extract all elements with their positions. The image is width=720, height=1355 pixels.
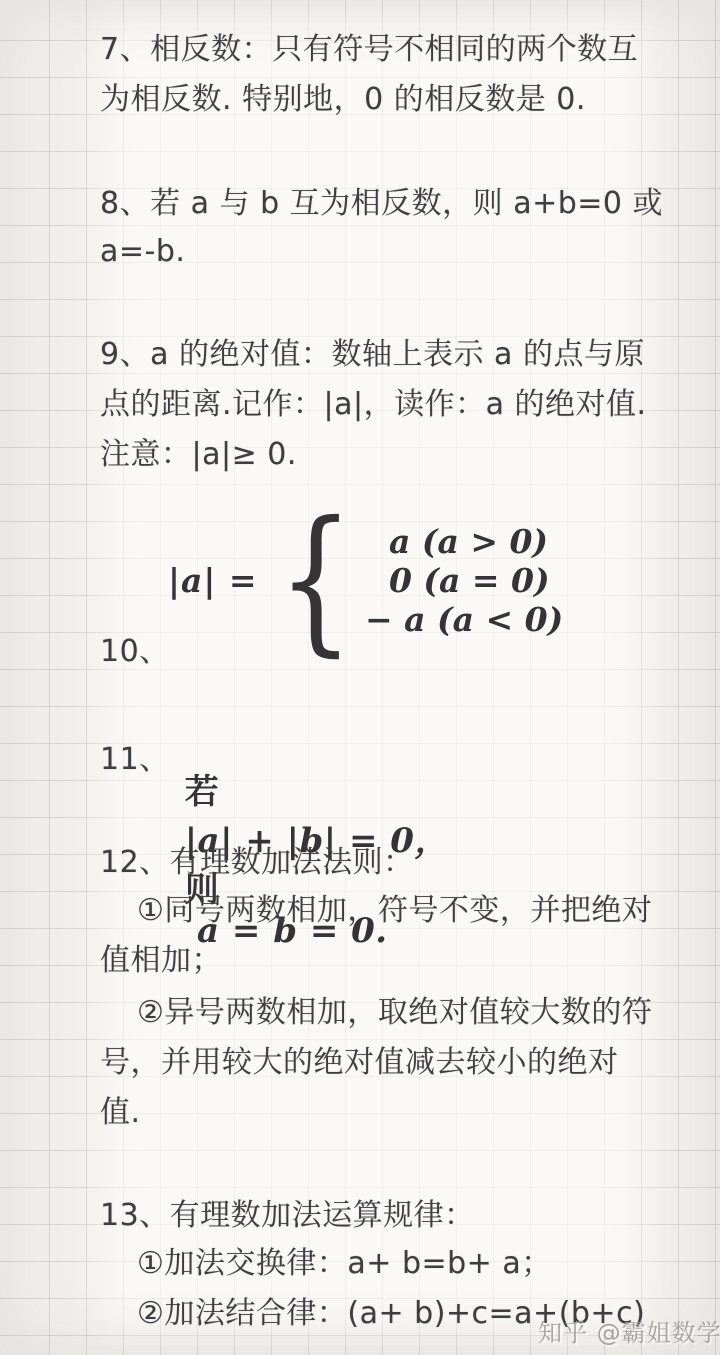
note-8-line-1: 8、若 a 与 b 互为相反数，则 a+b=0 或 bbox=[100, 184, 663, 224]
note-12-line-6: 值. bbox=[100, 1093, 141, 1133]
case-positive: a (a > 0) bbox=[365, 522, 563, 561]
note-13-line-2: ①加法交换律：a+ b=b+ a； bbox=[137, 1244, 552, 1284]
math-notes-page: { "page": { "paper_color": "#f1efeb", "g… bbox=[0, 0, 720, 1355]
absolute-value-piecewise-formula: |a| = { a (a > 0) 0 (a = 0) − a (a < 0) bbox=[168, 520, 563, 640]
curly-brace: { bbox=[277, 517, 353, 643]
note-12-line-1: 12、有理数加法法则： bbox=[100, 843, 414, 883]
note-9-line-2: 点的距离.记作：|a|，读作：a 的绝对值. bbox=[100, 385, 647, 425]
note-12-line-5: 号，并用较大的绝对值减去较小的绝对 bbox=[100, 1043, 619, 1083]
note-13-line-1: 13、有理数加法运算规律： bbox=[100, 1196, 475, 1236]
formula-cases: a (a > 0) 0 (a = 0) − a (a < 0) bbox=[365, 522, 563, 639]
note-7-line-1: 7、相反数：只有符号不相同的两个数互 bbox=[100, 30, 638, 70]
note-8-line-2: a=-b. bbox=[100, 232, 185, 272]
note-12-line-2: ①同号两数相加，符号不变，并把绝对 bbox=[137, 891, 652, 931]
zhihu-watermark: 知乎 @霸姐数学 bbox=[538, 1313, 720, 1348]
note-9-line-1: 9、a 的绝对值：数轴上表示 a 的点与原 bbox=[100, 335, 645, 375]
formula-lhs: |a| = bbox=[168, 561, 258, 600]
note-12-line-3: 值相加； bbox=[100, 941, 222, 981]
case-zero: 0 (a = 0) bbox=[365, 561, 563, 600]
note-7-line-2: 为相反数. 特别地，0 的相反数是 0. bbox=[100, 80, 586, 120]
note-11-cn-ruo: 若 bbox=[185, 772, 220, 812]
note-9-line-3: 注意：|a|≥ 0. bbox=[100, 435, 297, 475]
note-10-label: 10、 bbox=[100, 632, 170, 672]
case-negative: − a (a < 0) bbox=[365, 600, 563, 639]
note-12-line-4: ②异号两数相加，取绝对值较大数的符 bbox=[137, 993, 652, 1033]
